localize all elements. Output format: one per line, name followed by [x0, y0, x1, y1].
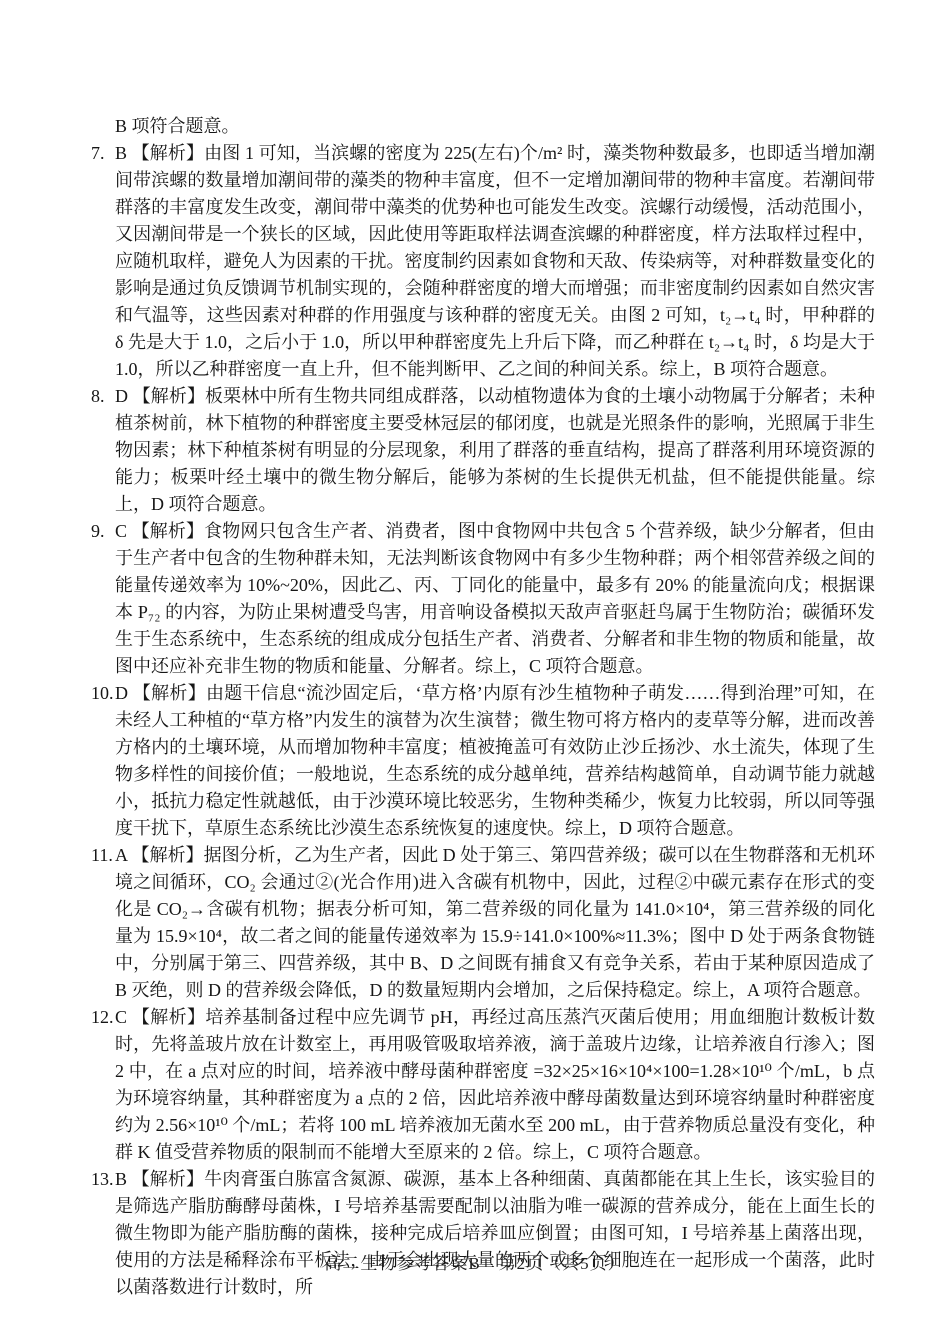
page-footer: 高二生物参考答案B 第2页（共5页）	[0, 1252, 950, 1276]
question-number: 8.	[91, 383, 115, 410]
answer-item: 8. D 【解析】板栗林中所有生物共同组成群落，以动植物遗体为食的土壤小动物属于…	[91, 383, 875, 518]
answer-item: 12. C 【解析】培养基制备过程中应先调节 pH，再经过高压蒸汽灭菌后使用；用…	[91, 1004, 875, 1166]
answer-item: 10. D 【解析】由题干信息“流沙固定后，‘草方格’内原有沙生植物种子萌发………	[91, 680, 875, 842]
answer-explanation: D 【解析】板栗林中所有生物共同组成群落，以动植物遗体为食的土壤小动物属于分解者…	[115, 386, 875, 514]
answer-item: 9. C 【解析】食物网只包含生产者、消费者，图中食物网中共包含 5 个营养级，…	[91, 518, 875, 680]
question-number: 11.	[91, 842, 115, 869]
answer-explanation: B 项符合题意。	[115, 116, 240, 136]
question-number: 12.	[91, 1004, 115, 1031]
answer-explanation: A 【解析】据图分析，乙为生产者，因此 D 处于第三、第四营养级；碳可以在生物群…	[115, 845, 875, 1000]
answer-item: 11. A 【解析】据图分析，乙为生产者，因此 D 处于第三、第四营养级；碳可以…	[91, 842, 875, 1004]
answer-item: 7. B 【解析】由图 1 可知，当滨螺的密度为 225(左右)个/m² 时，藻…	[91, 140, 875, 383]
answer-explanation: C 【解析】培养基制备过程中应先调节 pH，再经过高压蒸汽灭菌后使用；用血细胞计…	[115, 1007, 875, 1162]
answer-explanation: B 【解析】牛肉膏蛋白胨富含氮源、碳源，基本上各种细菌、真菌都能在其上生长，该实…	[115, 1169, 875, 1297]
answer-explanation: C 【解析】食物网只包含生产者、消费者，图中食物网中共包含 5 个营养级，缺少分…	[115, 521, 875, 676]
question-number: 10.	[91, 680, 115, 707]
carryover-text: B 项符合题意。	[91, 113, 875, 140]
question-number: 7.	[91, 140, 115, 167]
answer-explanation: B 【解析】由图 1 可知，当滨螺的密度为 225(左右)个/m² 时，藻类物种…	[115, 143, 875, 379]
question-number: 13.	[91, 1166, 115, 1193]
answer-explanation: D 【解析】由题干信息“流沙固定后，‘草方格’内原有沙生植物种子萌发……得到治理…	[115, 683, 875, 838]
answer-sheet-page: B 项符合题意。 7. B 【解析】由图 1 可知，当滨螺的密度为 225(左右…	[91, 113, 875, 1301]
question-number: 9.	[91, 518, 115, 545]
answer-item: 13. B 【解析】牛肉膏蛋白胨富含氮源、碳源，基本上各种细菌、真菌都能在其上生…	[91, 1166, 875, 1301]
